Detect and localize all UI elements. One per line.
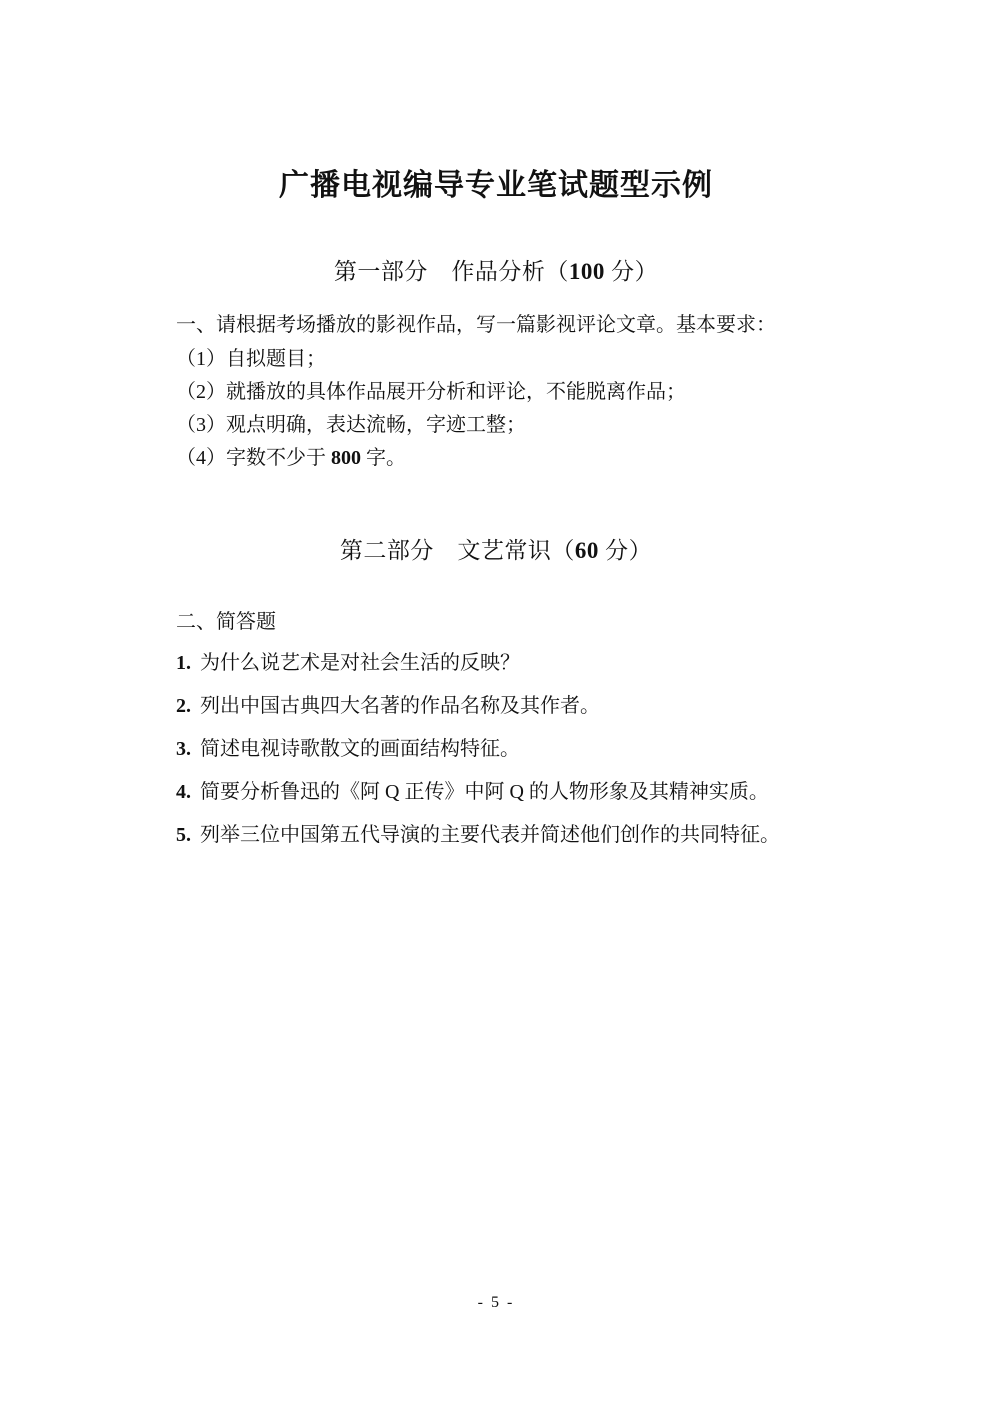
question-number: 1.: [176, 652, 191, 675]
requirement-text: （3）观点明确，表达流畅，字迹工整；: [176, 414, 526, 436]
question-text: 简要分析鲁迅的《阿 Q 正传》中阿 Q 的人物形象及其精神实质。: [200, 781, 769, 803]
question-number: 2.: [176, 695, 191, 718]
requirement-item: （1）自拟题目；: [176, 342, 872, 371]
requirement-item: （3）观点明确，表达流畅，字迹工整；: [176, 408, 872, 437]
page-title: 广播电视编导专业笔试题型示例: [0, 160, 992, 204]
question-item: 1.为什么说艺术是对社会生活的反映？: [176, 646, 872, 675]
document-page: 广播电视编导专业笔试题型示例 第一部分 作品分析（100 分） 一、请根据考场播…: [0, 0, 992, 1403]
question-text: 简述电视诗歌散文的画面结构特征。: [200, 738, 520, 760]
requirement-number-value: 800: [331, 447, 361, 469]
requirement-item: （2）就播放的具体作品展开分析和评论，不能脱离作品；: [176, 375, 872, 404]
section-1-heading: 第一部分 作品分析（100 分）: [0, 253, 992, 286]
question-number: 3.: [176, 738, 191, 761]
section-2-heading: 第二部分 文艺常识（60 分）: [0, 532, 992, 565]
question-text: 列出中国古典四大名著的作品名称及其作者。: [200, 695, 600, 717]
question-number: 5.: [176, 824, 191, 847]
question-text: 列举三位中国第五代导演的主要代表并简述他们创作的共同特征。: [200, 824, 780, 846]
requirement-text: （4）字数不少于: [176, 447, 331, 469]
question-item: 3.简述电视诗歌散文的画面结构特征。: [176, 732, 872, 761]
section-1-score: 100: [569, 259, 605, 284]
requirement-text: （1）自拟题目；: [176, 348, 326, 370]
section-1-heading-suffix: 分）: [605, 259, 658, 284]
page-number: - 5 -: [0, 1294, 992, 1312]
requirement-text: （2）就播放的具体作品展开分析和评论，不能脱离作品；: [176, 381, 686, 403]
question-item: 2.列出中国古典四大名著的作品名称及其作者。: [176, 689, 872, 718]
requirement-item: （4）字数不少于 800 字。: [176, 441, 872, 470]
section-1-intro: 一、请根据考场播放的影视作品，写一篇影视评论文章。基本要求：: [176, 308, 872, 337]
section-1-heading-text: 第一部分 作品分析（: [334, 259, 569, 284]
question-item: 5.列举三位中国第五代导演的主要代表并简述他们创作的共同特征。: [176, 818, 872, 847]
question-number: 4.: [176, 781, 191, 804]
requirement-text-suffix: 字。: [361, 447, 406, 469]
section-2-subheading: 二、简答题: [176, 605, 872, 634]
section-2-heading-suffix: 分）: [599, 538, 652, 563]
section-2-heading-text: 第二部分 文艺常识（: [340, 538, 575, 563]
question-item: 4.简要分析鲁迅的《阿 Q 正传》中阿 Q 的人物形象及其精神实质。: [176, 775, 872, 804]
question-text: 为什么说艺术是对社会生活的反映？: [200, 652, 520, 674]
section-2-score: 60: [575, 538, 599, 563]
